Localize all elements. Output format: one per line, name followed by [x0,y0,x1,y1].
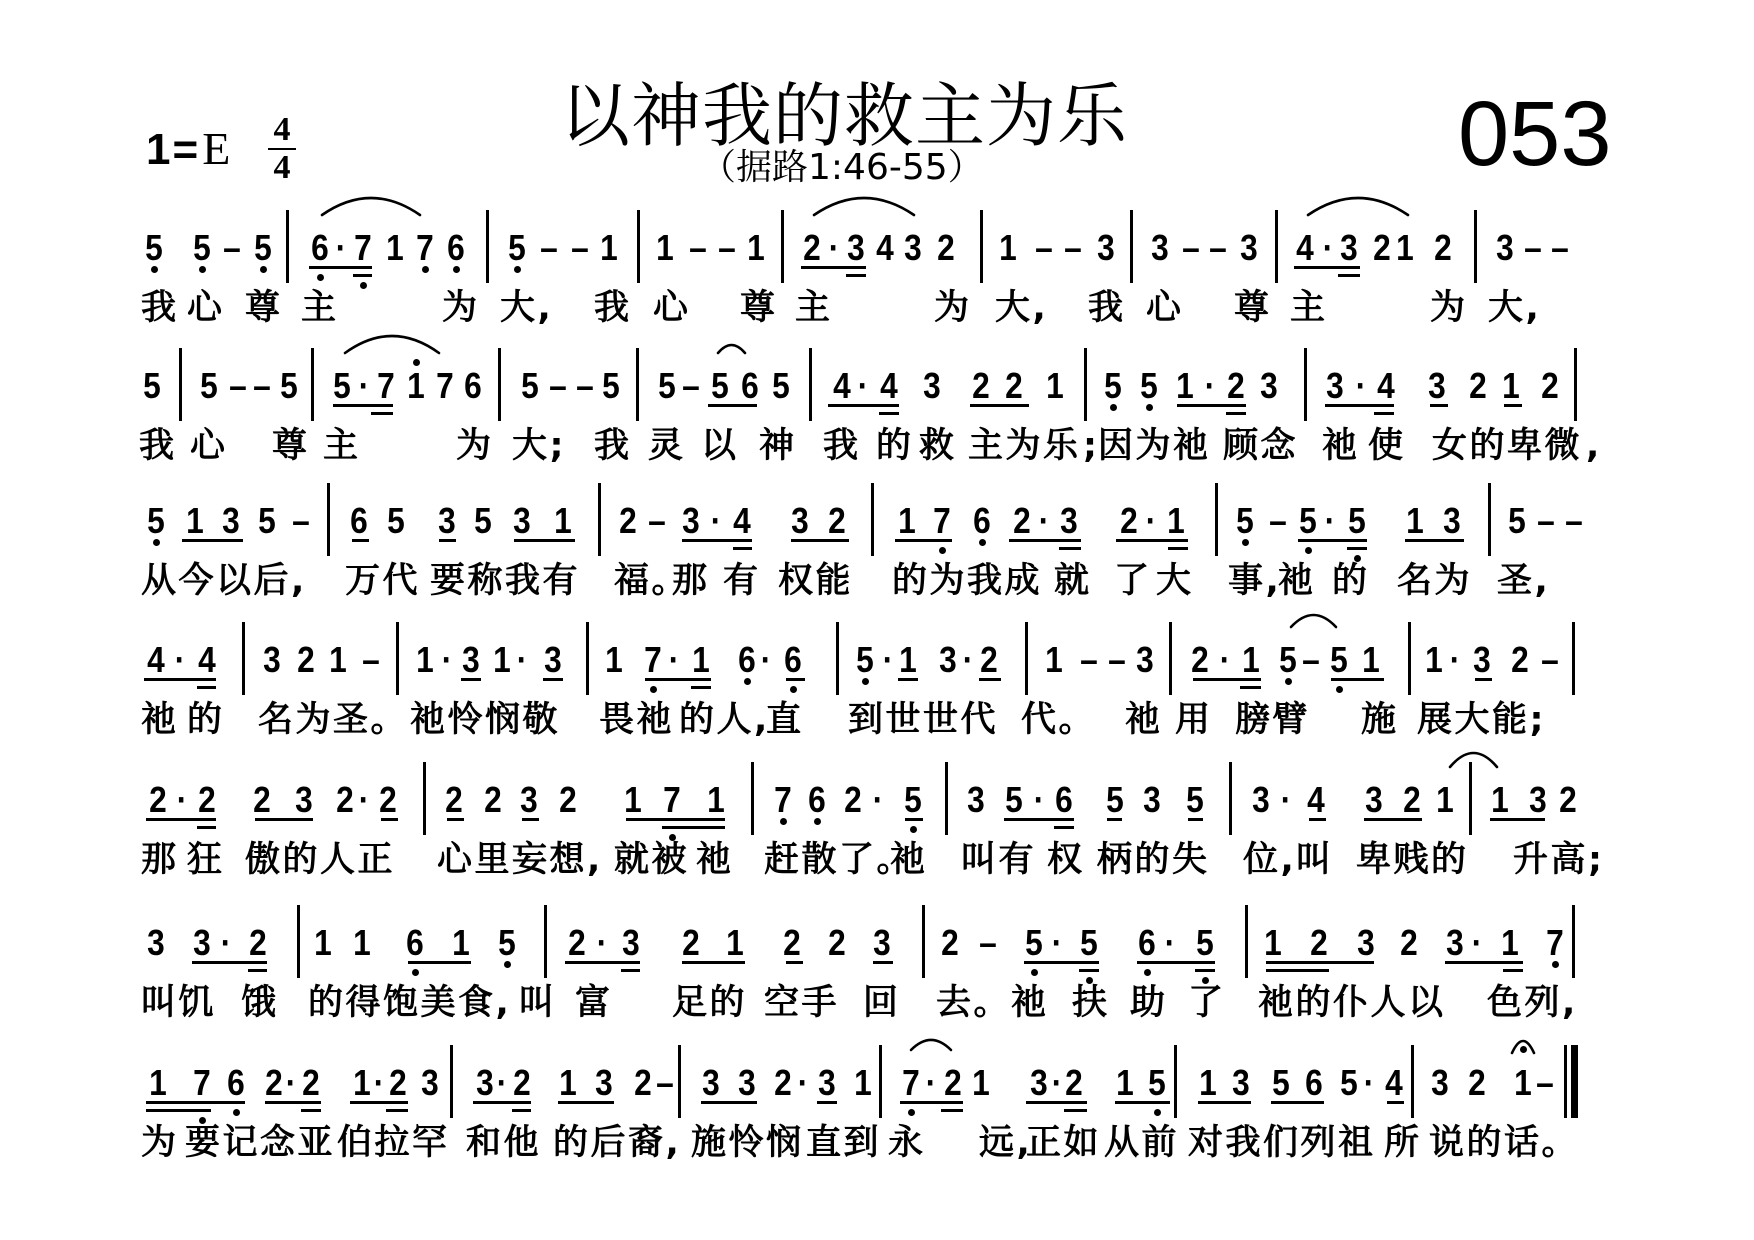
note: 1 [624,782,642,818]
note: 3 [791,503,809,539]
duration-dash: – [1302,642,1320,678]
low-octave-dot [1242,539,1249,546]
lyric-text: 事, [1228,563,1281,599]
note: 3 [1357,925,1375,961]
note: 5 [145,230,163,266]
lyric-text: 权 [1047,842,1085,878]
lyric-text: 叫饥 [141,985,216,1021]
note: 7 [354,230,372,266]
note: 5 [333,368,351,404]
note: 1 [1116,1065,1134,1101]
lyric-text: 的 [187,702,225,738]
note: 5 [1330,642,1348,678]
lyric-text: 从今以后, [141,563,307,599]
note: 5 [1272,1065,1290,1101]
lyric-text: 万代 [345,563,420,599]
lyric-text: 为 [1430,290,1468,326]
beam-underline [1079,969,1099,972]
lyric-text: 说的话。 [1429,1125,1579,1161]
lyric-text: 足的 [672,985,747,1021]
note: 1 [854,1065,872,1101]
note: 6 [784,642,802,678]
note: 3 [263,642,281,678]
note: 1 [656,230,674,266]
note: 5 [1508,503,1526,539]
barline [836,622,839,695]
augmentation-dot: · [883,642,894,678]
note: 2 [619,503,637,539]
lyric-text: 助 [1130,985,1168,1021]
lyric-text: 的 [1332,563,1370,599]
note: 2 [980,642,998,678]
scripture-reference: （据路1:46-55） [700,146,984,190]
note: 2 [1005,368,1023,404]
note: 3 [295,782,313,818]
note: 1 [559,1065,577,1101]
note: 7 [416,230,434,266]
lyric-text: 了 [1188,985,1226,1021]
beam-underline [1195,969,1215,972]
sheet-music-page: 1=E 4 4 以神我的救主为乐 （据路1:46-55） 053 55–56·7… [0,0,1754,1240]
duration-dash: – [576,368,594,404]
augmentation-dot: · [1281,782,1292,818]
note: 3 [923,368,941,404]
lyric-text: 直到 [806,1125,881,1161]
note: 5 [147,503,165,539]
note: 6 [311,230,329,266]
lyric-text: 叫 [519,985,557,1021]
lyric-text: 的得饱美食, [308,985,511,1021]
note: 2 [1120,503,1138,539]
lyric-text: 圣, [1497,563,1550,599]
note: 5 [711,368,729,404]
duration-dash: – [1551,230,1569,266]
lyric-text: 到世世代 [848,702,998,738]
barline [1572,905,1575,978]
note: 1 [186,503,204,539]
final-barline-thick [1571,1045,1578,1118]
barline [879,1045,882,1118]
lyric-text: 祂 [1011,985,1049,1021]
lyric-text: 对我们列祖 [1188,1125,1376,1161]
note: 3 [147,925,165,961]
beam-underline [1168,547,1188,550]
note: 1 [1436,782,1454,818]
lyric-text: 我 [139,428,177,464]
note: 2 [1227,368,1245,404]
slur [322,198,420,215]
barline [327,483,330,556]
low-octave-dot [908,1109,915,1116]
lyric-text: 灵 [648,428,686,464]
note: 6 [1138,925,1156,961]
lyric-text: 叫 [1296,842,1334,878]
low-octave-dot [780,818,787,825]
note: 1 [1045,642,1063,678]
barline [498,348,501,421]
note: 6 [1055,782,1073,818]
note: 2 [844,782,862,818]
note: 2 [445,782,463,818]
note: 3 [738,1065,756,1101]
barline [1084,348,1087,421]
lyric-text: 和他 [466,1125,541,1161]
note: 1 [972,1065,990,1101]
duration-dash: – [229,368,247,404]
note: 7 [436,368,454,404]
barline [1245,905,1248,978]
barline [396,622,399,695]
note: 3 [1428,368,1446,404]
augmentation-dot: · [669,642,680,678]
beam-underline [197,686,216,689]
lyric-text: 永 [888,1125,926,1161]
augmentation-dot: · [798,1065,809,1101]
augmentation-dot: · [1039,503,1050,539]
lyric-text: 直 [766,702,804,738]
lyric-text: 大, [1488,290,1541,326]
augmentation-dot: · [1205,368,1216,404]
beam-underline [1054,826,1074,829]
note: 3 [702,1065,720,1101]
low-octave-dot [260,266,267,273]
note: 5 [200,368,218,404]
duration-dash: – [1536,1065,1554,1101]
lyric-text: 以 [701,428,739,464]
note: 1 [353,1065,371,1101]
note: 1 [1176,368,1194,404]
note: 2 [1013,503,1031,539]
note: 2 [941,925,959,961]
note: 2 [1065,1065,1083,1101]
augmentation-dot: · [374,1065,385,1101]
note: 5 [1140,368,1158,404]
note: 4 [880,368,898,404]
lyric-text: 顾念 [1223,428,1298,464]
note: 1 [898,503,916,539]
note: 3 [1060,503,1078,539]
lyric-text: 富 [575,985,613,1021]
augmentation-dot: · [177,782,188,818]
lyric-text: 傲的人正 [245,842,395,878]
note: 5 [1106,782,1124,818]
note: 7 [902,1065,920,1101]
note: 4 [1385,1065,1403,1101]
note: 1 [554,503,572,539]
augmentation-dot: · [1364,1065,1375,1101]
note: 5 [1005,782,1023,818]
lyric-text: 叫有 [961,842,1036,878]
note: 2 [774,1065,792,1101]
lyric-text: 卑贱的 [1356,842,1469,878]
augmentation-dot: · [359,782,370,818]
lyric-text: 展大能; [1417,702,1546,738]
note: 5 [521,368,539,404]
note: 7 [774,782,792,818]
augmentation-dot: · [517,642,528,678]
note: 5 [1299,503,1317,539]
lyric-text: 女的卑微 [1432,428,1582,464]
beam-underline [1064,1109,1087,1112]
note: 7 [193,1065,211,1101]
lyric-text: 祂 [1322,428,1360,464]
low-octave-dot [1146,404,1153,411]
low-octave-dot [939,547,946,554]
beam-underline [1338,274,1360,277]
note: 2 [1468,1065,1486,1101]
lyric-text: 祂 [1125,702,1163,738]
note: 2 [1511,642,1529,678]
beam-underline [733,547,752,550]
low-octave-dot [153,539,160,546]
note: 6 [350,503,368,539]
low-octave-dot [862,678,869,685]
barline [1304,348,1307,421]
low-octave-dot [790,686,797,693]
duration-dash: – [1269,503,1287,539]
augmentation-dot: · [1052,1065,1063,1101]
lyric-text: 正如 [1026,1125,1101,1161]
note: 2 [1541,368,1559,404]
lyric-text: 远, [979,1125,1032,1161]
lyric-text: 那 [141,842,179,878]
beam-underline [386,1109,408,1112]
duration-dash: – [1035,230,1053,266]
note: 5 [1236,503,1254,539]
note: 6 [738,642,756,678]
augmentation-dot: · [1325,503,1336,539]
lyric-text: 名为 [1397,563,1472,599]
note: 1 [605,642,623,678]
note: 1 [747,230,765,266]
lyric-text: 祂 [1278,563,1316,599]
low-octave-dot [233,1109,240,1116]
note: 2 [149,782,167,818]
duration-dash: – [1182,230,1200,266]
low-octave-dot [514,266,521,273]
lyric-text: 祂的仆人以 [1258,985,1446,1021]
note: 1 [1501,925,1519,961]
augmentation-dot: · [1146,503,1157,539]
note: 5 [258,503,276,539]
lyric-text: 大; [512,428,566,464]
lyric-text: 名为圣。 [258,702,408,738]
lyric-text: 柄的失 [1097,842,1210,878]
lyric-text: 伯拉罕 [337,1125,450,1161]
slur [1450,753,1497,767]
low-octave-dot [1154,1109,1161,1116]
barline [1275,210,1278,283]
lyric-text: 救 [919,428,957,464]
note: 2 [937,230,955,266]
note: 1 [452,925,470,961]
note: 5 [1196,925,1214,961]
lyric-text: 尊 [1234,290,1272,326]
duration-dash: – [656,1065,674,1101]
song-title: 以神我的救主为乐 [560,78,1128,154]
lyric-text: 神 [759,428,797,464]
duration-dash: – [979,925,997,961]
note: 5 [1340,1065,1358,1101]
lyric-text: 为 [442,290,480,326]
beam-underline [371,412,393,415]
note: 6 [406,925,424,961]
beam-underline [879,412,899,415]
note: 3 [1326,368,1344,404]
lyric-text: 那 [672,563,710,599]
note: 3 [1143,782,1161,818]
note: 2 [803,230,821,266]
augmentation-dot: · [711,503,722,539]
note: 5 [1148,1065,1166,1101]
note: 3 [544,642,562,678]
note: 3 [939,642,957,678]
beam-underline [1059,547,1081,550]
note: 3 [595,1065,613,1101]
lyric-text: 位, [1243,842,1296,878]
note: 1 [1167,503,1185,539]
barline [751,762,754,835]
augmentation-dot: · [1450,642,1461,678]
lyric-text: 去。 [936,985,1011,1021]
barline [1169,622,1172,695]
note: 3 [1030,1065,1048,1101]
low-octave-dot [151,266,158,273]
beam-underline [662,826,725,829]
slur [911,1040,951,1050]
augmentation-dot: · [336,230,347,266]
low-octave-dot [979,539,986,546]
augmentation-dot: · [286,1065,297,1101]
beam-underline [621,969,640,972]
note: 1 [999,230,1017,266]
note: 6 [808,782,826,818]
note: 3 [847,230,865,266]
note: 7 [377,368,395,404]
note: 3 [682,503,700,539]
beam-underline [146,1109,211,1112]
duration-dash: – [571,230,589,266]
key-equals: = [172,125,198,174]
lyric-text: 大, [995,290,1048,326]
note: 1 [407,368,425,404]
barline [1130,210,1133,283]
barline [809,348,812,421]
note: 3 [1529,782,1547,818]
note: 2 [783,925,801,961]
note: 1 [899,642,917,678]
duration-dash: – [689,230,707,266]
low-octave-dot [1110,404,1117,411]
lyric-text: 为 [456,428,494,464]
note: 3 [904,230,922,266]
lyric-text: 狂 [187,842,225,878]
barline [1215,483,1218,556]
lyric-text: , [1586,428,1602,464]
note: 5 [387,503,405,539]
low-octave-dot [814,818,821,825]
barline [781,210,784,283]
note: 2 [1403,782,1421,818]
augmentation-dot: · [926,1065,937,1101]
note: 2 [297,642,315,678]
lyric-text: 了 [1114,563,1152,599]
note: 1 [1406,503,1424,539]
augmentation-dot: · [1220,642,1231,678]
lyric-text: 就 [1054,563,1092,599]
note: 4 [1296,230,1314,266]
barline [871,483,874,556]
lyric-text: 的后裔, [553,1125,681,1161]
note: 1 [149,1065,167,1101]
beam-underline [1503,969,1523,972]
key-tonic: 1 [146,125,170,174]
lyric-text: 要记念亚 [185,1125,335,1161]
augmentation-dot: · [829,230,840,266]
fermata-dot [1520,1046,1527,1053]
note: 2 [944,1065,962,1101]
note: 2 [249,925,267,961]
final-barline-thin [1564,1045,1567,1118]
slur [1308,198,1408,215]
note: 5 [602,368,620,404]
lyric-text: 要称我有 [430,563,580,599]
lyric-text: 畏祂 [599,702,674,738]
lyric-text: 主为乐 [968,428,1081,464]
lyric-text: 心 [1146,290,1184,326]
augmentation-dot: · [597,925,608,961]
augmentation-dot: · [1165,925,1176,961]
note: 5 [143,368,161,404]
note: 1 [1242,642,1260,678]
note: 3 [1151,230,1169,266]
barline [1469,762,1472,835]
barline [1474,210,1477,283]
duration-dash: – [1565,503,1583,539]
note: 2 [828,503,846,539]
duration-dash: – [682,368,700,404]
note: 6 [447,230,465,266]
lyric-text: 使 [1368,428,1406,464]
note: 3 [513,503,531,539]
duration-dash: – [540,230,558,266]
note: 4 [876,230,894,266]
barline [242,622,245,695]
note: 2 [1559,782,1577,818]
note: 1 [692,642,710,678]
barline [637,210,640,283]
note: 2 [1400,925,1418,961]
low-octave-dot [317,274,324,281]
barline [1488,483,1491,556]
lyric-text: 施 [1361,702,1399,738]
note: 3 [1473,642,1491,678]
duration-dash: – [362,642,380,678]
duration-dash: – [253,368,271,404]
duration-dash: – [648,503,666,539]
note: 1 [1396,230,1414,266]
lyric-text: 空手 [764,985,839,1021]
beam-underline [248,969,267,972]
note: 1 [1502,368,1520,404]
note: 2 [198,782,216,818]
note: 2 [1469,368,1487,404]
lyric-text: 大, [500,290,553,326]
note: 2 [484,782,502,818]
note: 1 [1362,642,1380,678]
lyric-text: 有 [723,563,761,599]
note: 3 [1446,925,1464,961]
